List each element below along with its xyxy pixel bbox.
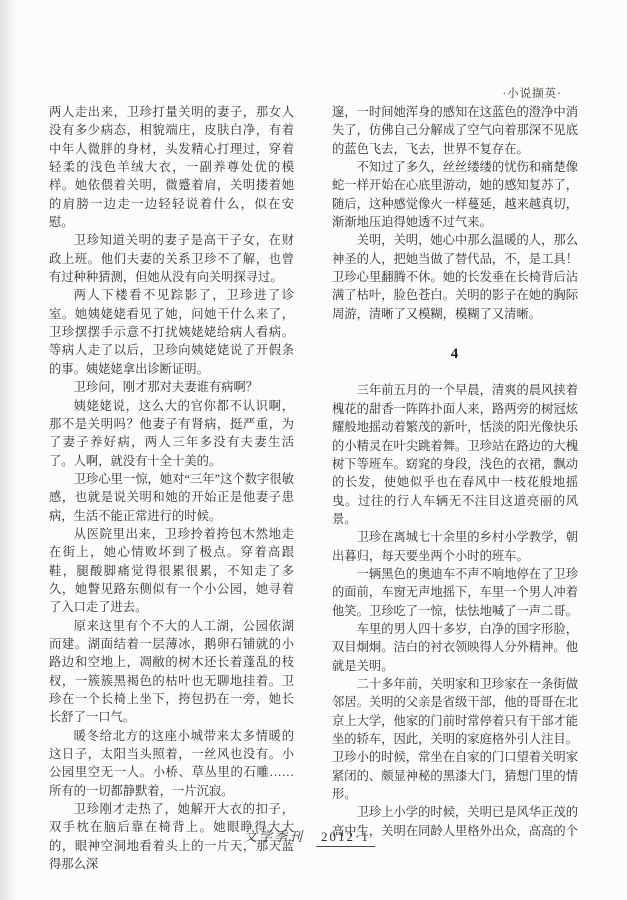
paragraph: 二十多年前，关明家和卫珍家在一条街做邻居。关明的父亲是省级干部，他的哥哥在北京上… [332, 675, 578, 803]
paragraph: 卫珍问，刚才那对夫妻谁有病啊？ [49, 378, 294, 396]
paragraph: 两人下楼看不见踪影了，卫珍进了诊室。她姨姥姥看见了她，问她干什么来了，卫珍摆摆手… [49, 286, 294, 378]
text-column-right: 邃，一时间她浑身的感知在这蓝色的澄净中消失了，仿佛自己分解成了空气向着那深不见底… [332, 103, 578, 840]
scanned-magazine-page: ·小说撷英· 两人走出来，卫珍打量关明的妻子，那女人没有多少病态，相貌端庄，皮肤… [0, 0, 627, 900]
paragraph: 一辆黑色的奥迪车不声不响地停在了卫珍的面前，车窗无声地摇下，车里一个男人冲着他笑… [332, 565, 578, 620]
paragraph: 两人走出来，卫珍打量关明的妻子，那女人没有多少病态，相貌端庄，皮肤白净，有着中年… [49, 103, 294, 231]
text-column-left: 两人走出来，卫珍打量关明的妻子，那女人没有多少病态，相貌端庄，皮肤白净，有着中年… [49, 103, 294, 873]
paragraph: 从医院里出来，卫珍拎着挎包木然地走在街上，她心情败坏到了极点。穿着高跟鞋，腿酸脚… [49, 525, 294, 617]
paragraph: 关明，关明，她心中那么温暖的人，那么神圣的人，把她当做了替代品，不，是工具！卫珍… [332, 231, 578, 323]
paragraph: 不知过了多久，丝丝缕缕的忧伤和痛楚像蛇一样开始在心底里游动，她的感知复苏了，随后… [332, 158, 578, 231]
paragraph: 三年前五月的一个早晨，清爽的晨风挟着槐花的甜香一阵阵扑面人来，路两旁的树冠炫耀般… [332, 381, 578, 528]
journal-name: 文学季刊 [244, 829, 304, 844]
paragraph: 暖冬给北方的这座小城带来太多情暖的这日子，太阳当头照着，一丝风也没有。小公园里空… [49, 727, 294, 800]
running-head: ·小说撷英· [332, 85, 578, 101]
paragraph: 卫珍心里一惊，她对“三年”这个数字很敏感，也就是说关明和她的开始正是他妻子患病，… [49, 470, 294, 525]
section-number-heading: 4 [332, 345, 578, 363]
scan-gutter-shadow [0, 0, 16, 900]
paragraph: 邃，一时间她浑身的感知在这蓝色的澄净中消失了，仿佛自己分解成了空气向着那深不见底… [332, 103, 578, 158]
paragraph: 原来这里有个不大的人工湖，公园依湖而建。湖面结着一层薄冰，鹅卵石铺就的小路边和空… [49, 617, 294, 727]
paragraph: 车里的男人四十多岁，白净的国字形脸，双目炯炯。洁白的衬衣领映得人分外精神。他就是… [332, 620, 578, 675]
paragraph: 卫珍知道关明的妻子是高干子女，在财政上班。他们夫妻的关系卫珍不了解，也曾有过种种… [49, 231, 294, 286]
issue-label: 2012·1 [316, 829, 375, 847]
page-number: 3 1 [550, 824, 580, 839]
paragraph: 卫珍在离城七十余里的乡村小学教学，朝出暮归，每天要坐两个小时的班车。 [332, 528, 578, 565]
paragraph: 姨姥姥说，这么大的官你都不认识啊，那不是关明吗？他妻子有肾病，挺严重，为了妻子养… [49, 397, 294, 470]
footer: 文学季刊2012·1 [244, 826, 375, 847]
